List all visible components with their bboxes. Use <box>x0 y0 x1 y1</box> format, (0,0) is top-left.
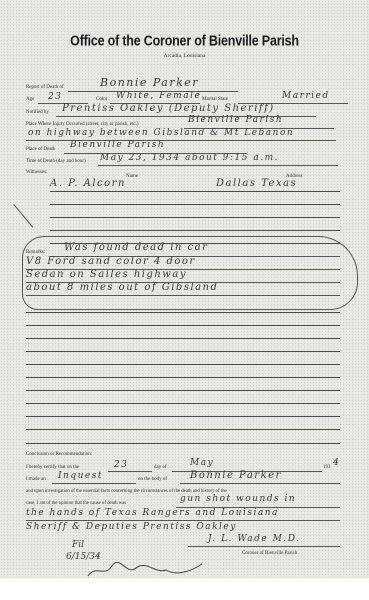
name-column-header: Name <box>126 174 138 179</box>
place-of-death-label: Place of Death <box>26 147 55 152</box>
ruled-line <box>26 429 340 430</box>
witness-name: A. P. Alcorn <box>50 178 126 189</box>
age-value: 23 <box>48 92 62 102</box>
remarks-line-3: Sedan on Sailes highway <box>26 269 187 280</box>
ruled-line <box>26 351 340 352</box>
time-of-death-label: Time of Death (day and hour) <box>26 159 86 164</box>
ruled-line <box>26 325 340 326</box>
day-value: 23 <box>114 460 128 470</box>
hand-drawn-arrow <box>13 204 33 228</box>
witness-address: Dallas Texas <box>216 178 297 189</box>
ruled-line <box>50 191 340 192</box>
opinion-text: case, I am of the opinion that the cause… <box>26 501 126 506</box>
cause-line-3-value: Sheriff & Deputies Prentiss Oakley <box>26 522 237 532</box>
page-subtitle: Arcadia, Louisiana <box>0 53 369 59</box>
color-value: White, Female <box>116 91 201 101</box>
signature-line <box>188 546 340 547</box>
remarks-line <box>26 295 340 296</box>
made-line <box>52 483 136 484</box>
year-prefix: 193 <box>323 465 331 470</box>
ruled-line <box>50 217 340 218</box>
day-line <box>108 471 152 472</box>
place-of-death-value: Bienville Parish <box>70 140 165 150</box>
body-of-line <box>180 483 340 484</box>
certify-prefix: I hereby certify that on the <box>26 465 79 470</box>
time-of-death-line <box>98 165 338 166</box>
remarks-label: Remarks: <box>26 250 45 255</box>
body-of-label: on the body of <box>138 477 167 482</box>
ruled-line <box>26 390 340 391</box>
ruled-line <box>26 312 340 313</box>
month-value: May <box>190 458 214 468</box>
conclusion-label: Conclusion or Recommendation: <box>26 452 92 457</box>
coroner-report-page: Office of the Coroner of Bienville Paris… <box>0 0 369 578</box>
remarks-line-2: V8 Ford sand color 4 door <box>26 256 196 267</box>
ruled-line <box>26 403 340 404</box>
ruled-line <box>50 204 340 205</box>
day-of-label: day of <box>154 465 167 470</box>
witnesses-label: Witnesses: <box>26 170 47 175</box>
cause-line-1-value: gun shot wounds in <box>180 494 296 504</box>
cause-line-2 <box>26 520 340 521</box>
report-of-death-value: Bonnie Parker <box>100 76 199 89</box>
report-of-death-label: Report of Death of <box>26 85 64 90</box>
marital-label: Marital State <box>202 97 228 102</box>
marital-value: Married <box>282 91 330 101</box>
cause-line-2-value: the hands of Texas Rangers and Louisiana <box>26 508 279 518</box>
coroner-signature: J. L. Wade M.D. <box>208 534 300 544</box>
time-of-death-value: May 23, 1934 about 9:15 a.m. <box>100 153 279 163</box>
ruled-line <box>26 338 340 339</box>
ruled-line <box>26 364 340 365</box>
age-label: Age <box>26 97 34 102</box>
coroner-title: Coroner of Bienville Parish <box>242 551 297 556</box>
notified-label: Notified by <box>26 110 49 115</box>
page-title: Office of the Coroner of Bienville Paris… <box>0 33 369 49</box>
injury-place-label: Place Where Injury Occurred (street, cit… <box>26 122 139 127</box>
ruled-line <box>26 443 340 444</box>
notified-value: Prentiss Oakley (Deputy Sheriff) <box>62 103 275 114</box>
remarks-line-4: about 8 miles out of Gibsland <box>26 282 218 293</box>
made-prefix: I made an <box>26 477 46 482</box>
ruled-line <box>26 416 340 417</box>
page-bottom-margin <box>0 578 369 600</box>
ruled-line <box>26 377 340 378</box>
clerk-initials-scribble <box>86 560 206 580</box>
made-value: Inquest <box>58 471 103 481</box>
color-label: Color <box>96 97 107 102</box>
year-value: 4 <box>333 458 340 468</box>
body-of-value: Bonnie Parker <box>190 470 282 481</box>
injury-place-value-2: on highway between Gibsland & Mt Lebanon <box>28 128 294 138</box>
injury-place-value-1: Bienville Parish <box>188 115 283 125</box>
remarks-line-1: Was found dead in car <box>64 242 208 253</box>
ruled-line <box>50 230 340 231</box>
filing-note-1: Fil <box>72 540 84 550</box>
